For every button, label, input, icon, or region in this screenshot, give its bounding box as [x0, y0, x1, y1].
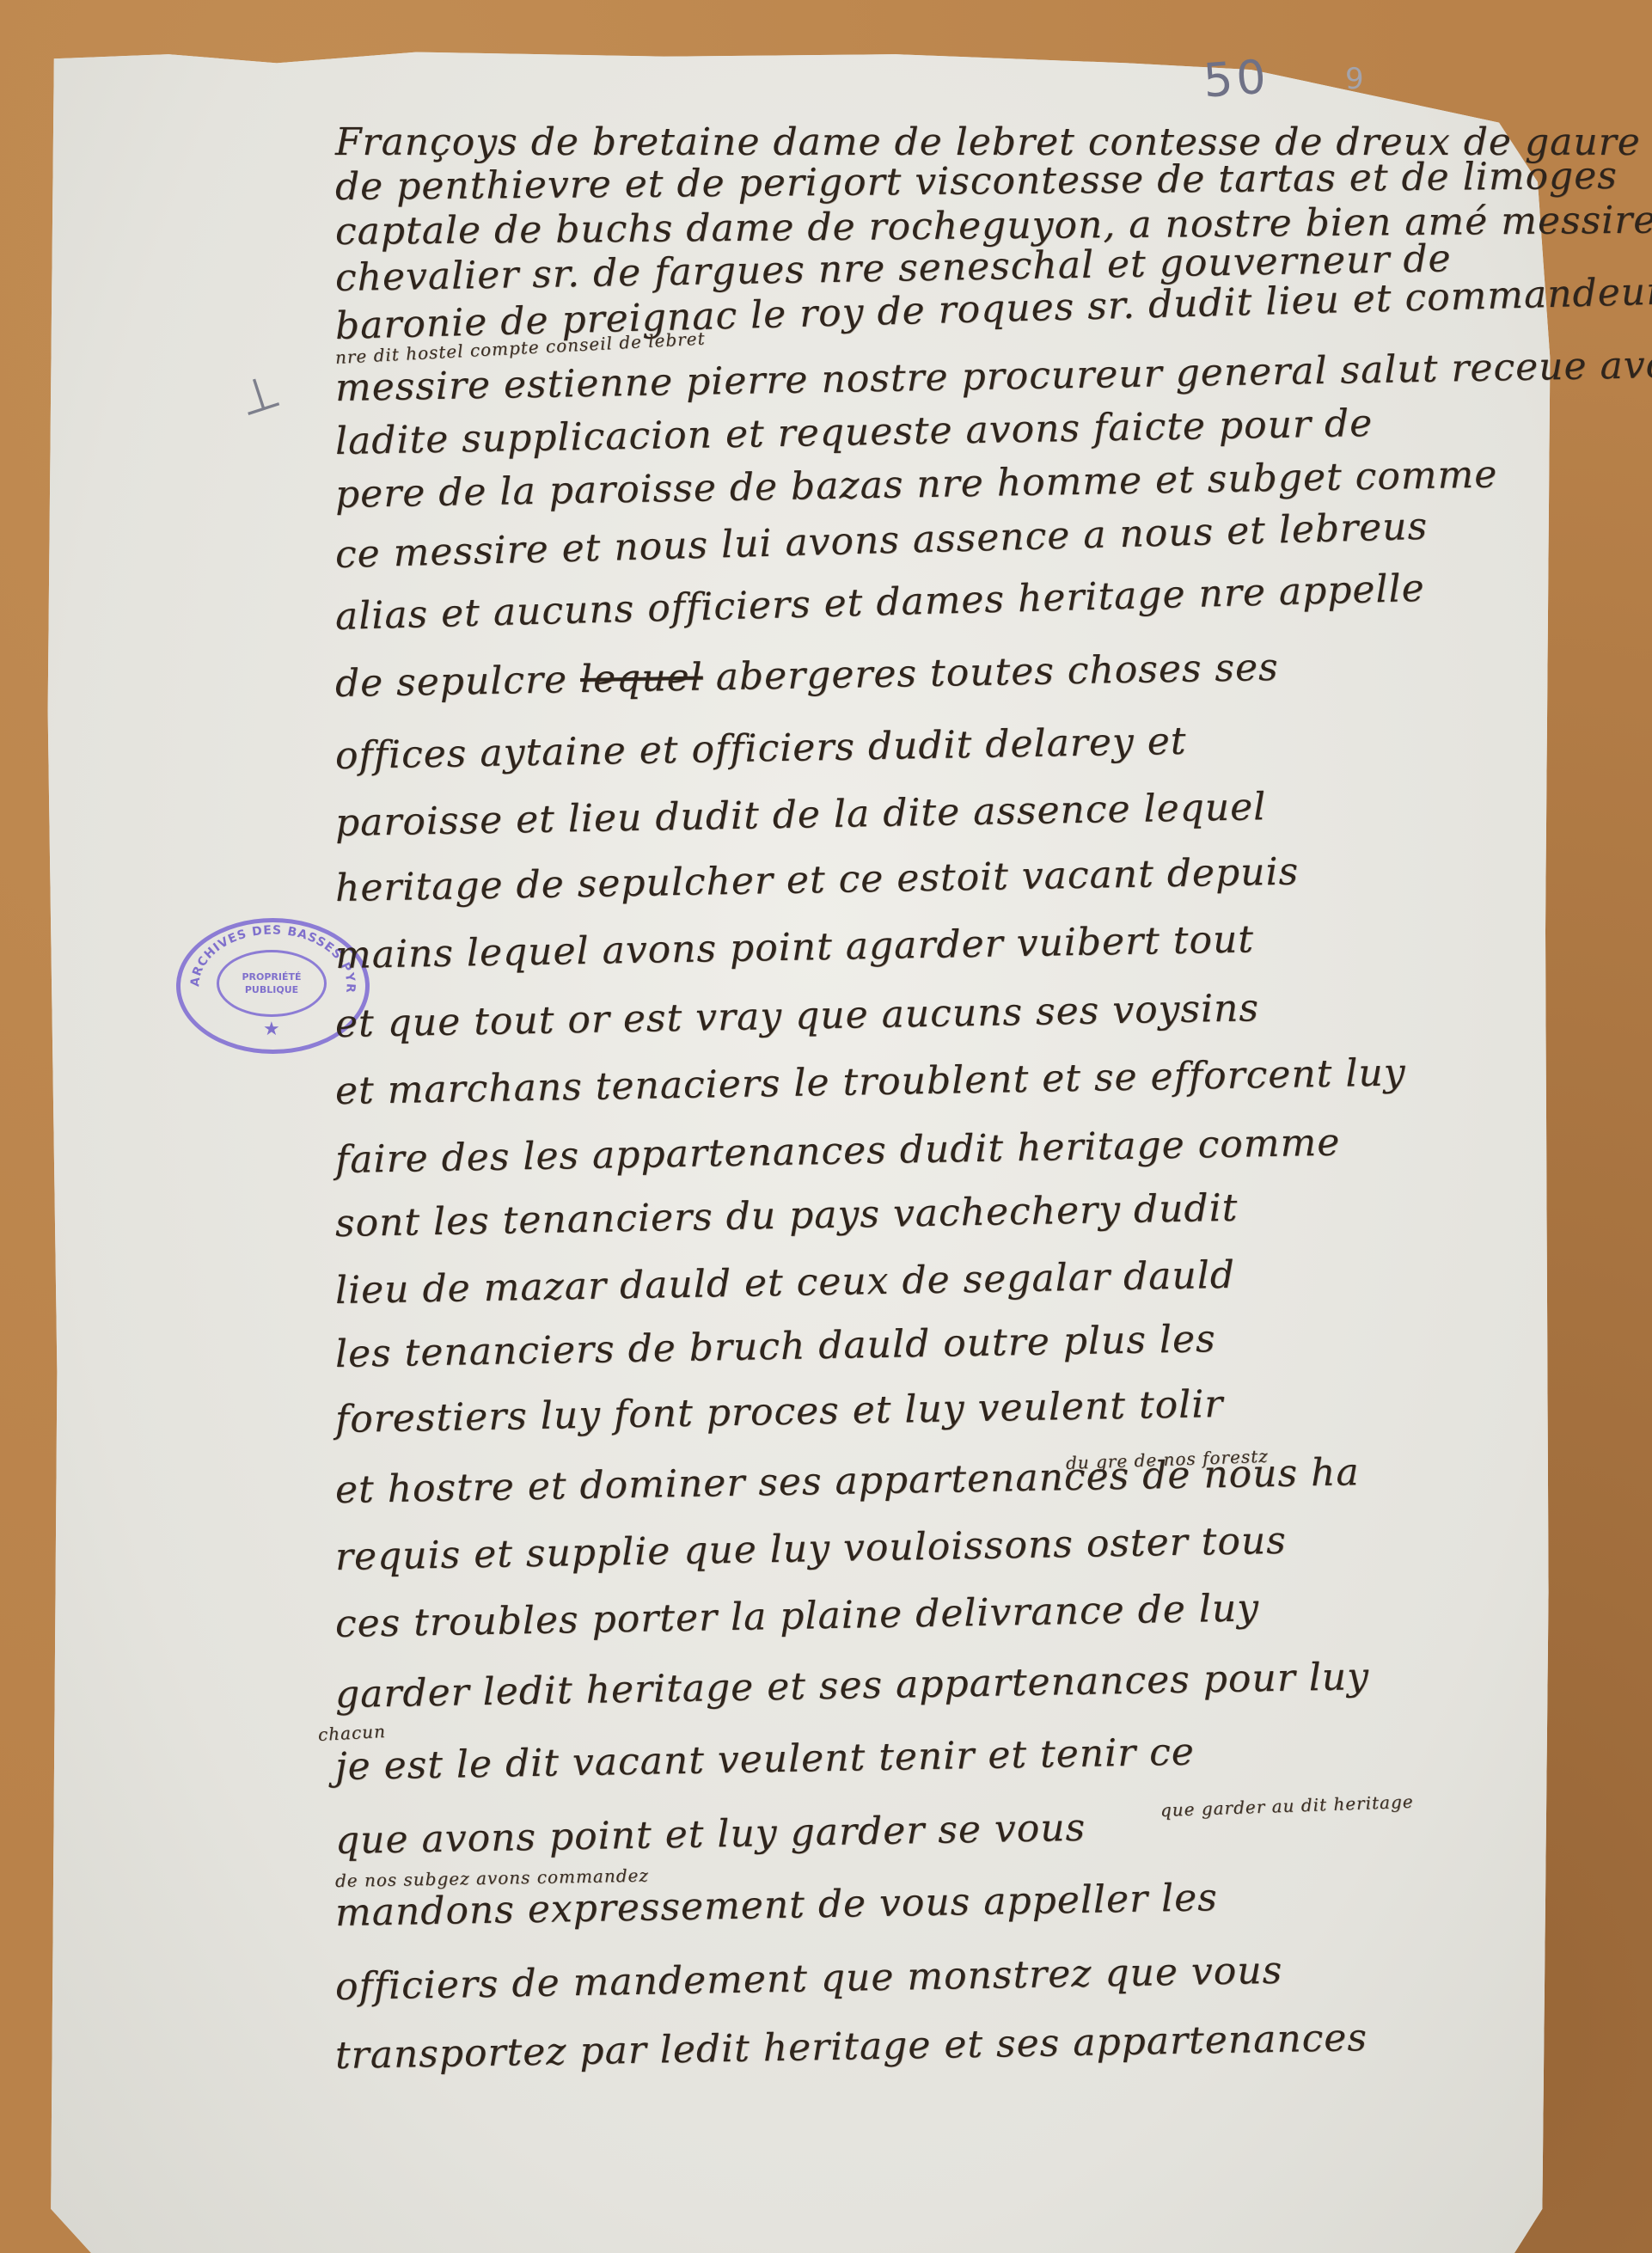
manuscript-line: chacun [317, 1721, 386, 1745]
stamp-line-2: PUBLIQUE [245, 983, 298, 996]
stamp-center: PROPRIÉTÉ PUBLIQUE [217, 950, 327, 1017]
folio-suffix: 9 [1345, 62, 1364, 96]
stamp-line-1: PROPRIÉTÉ [242, 970, 301, 983]
star-icon: ★ [263, 1019, 280, 1040]
struck-word: lequel [580, 656, 704, 701]
folio-number: 50 [1202, 49, 1271, 107]
